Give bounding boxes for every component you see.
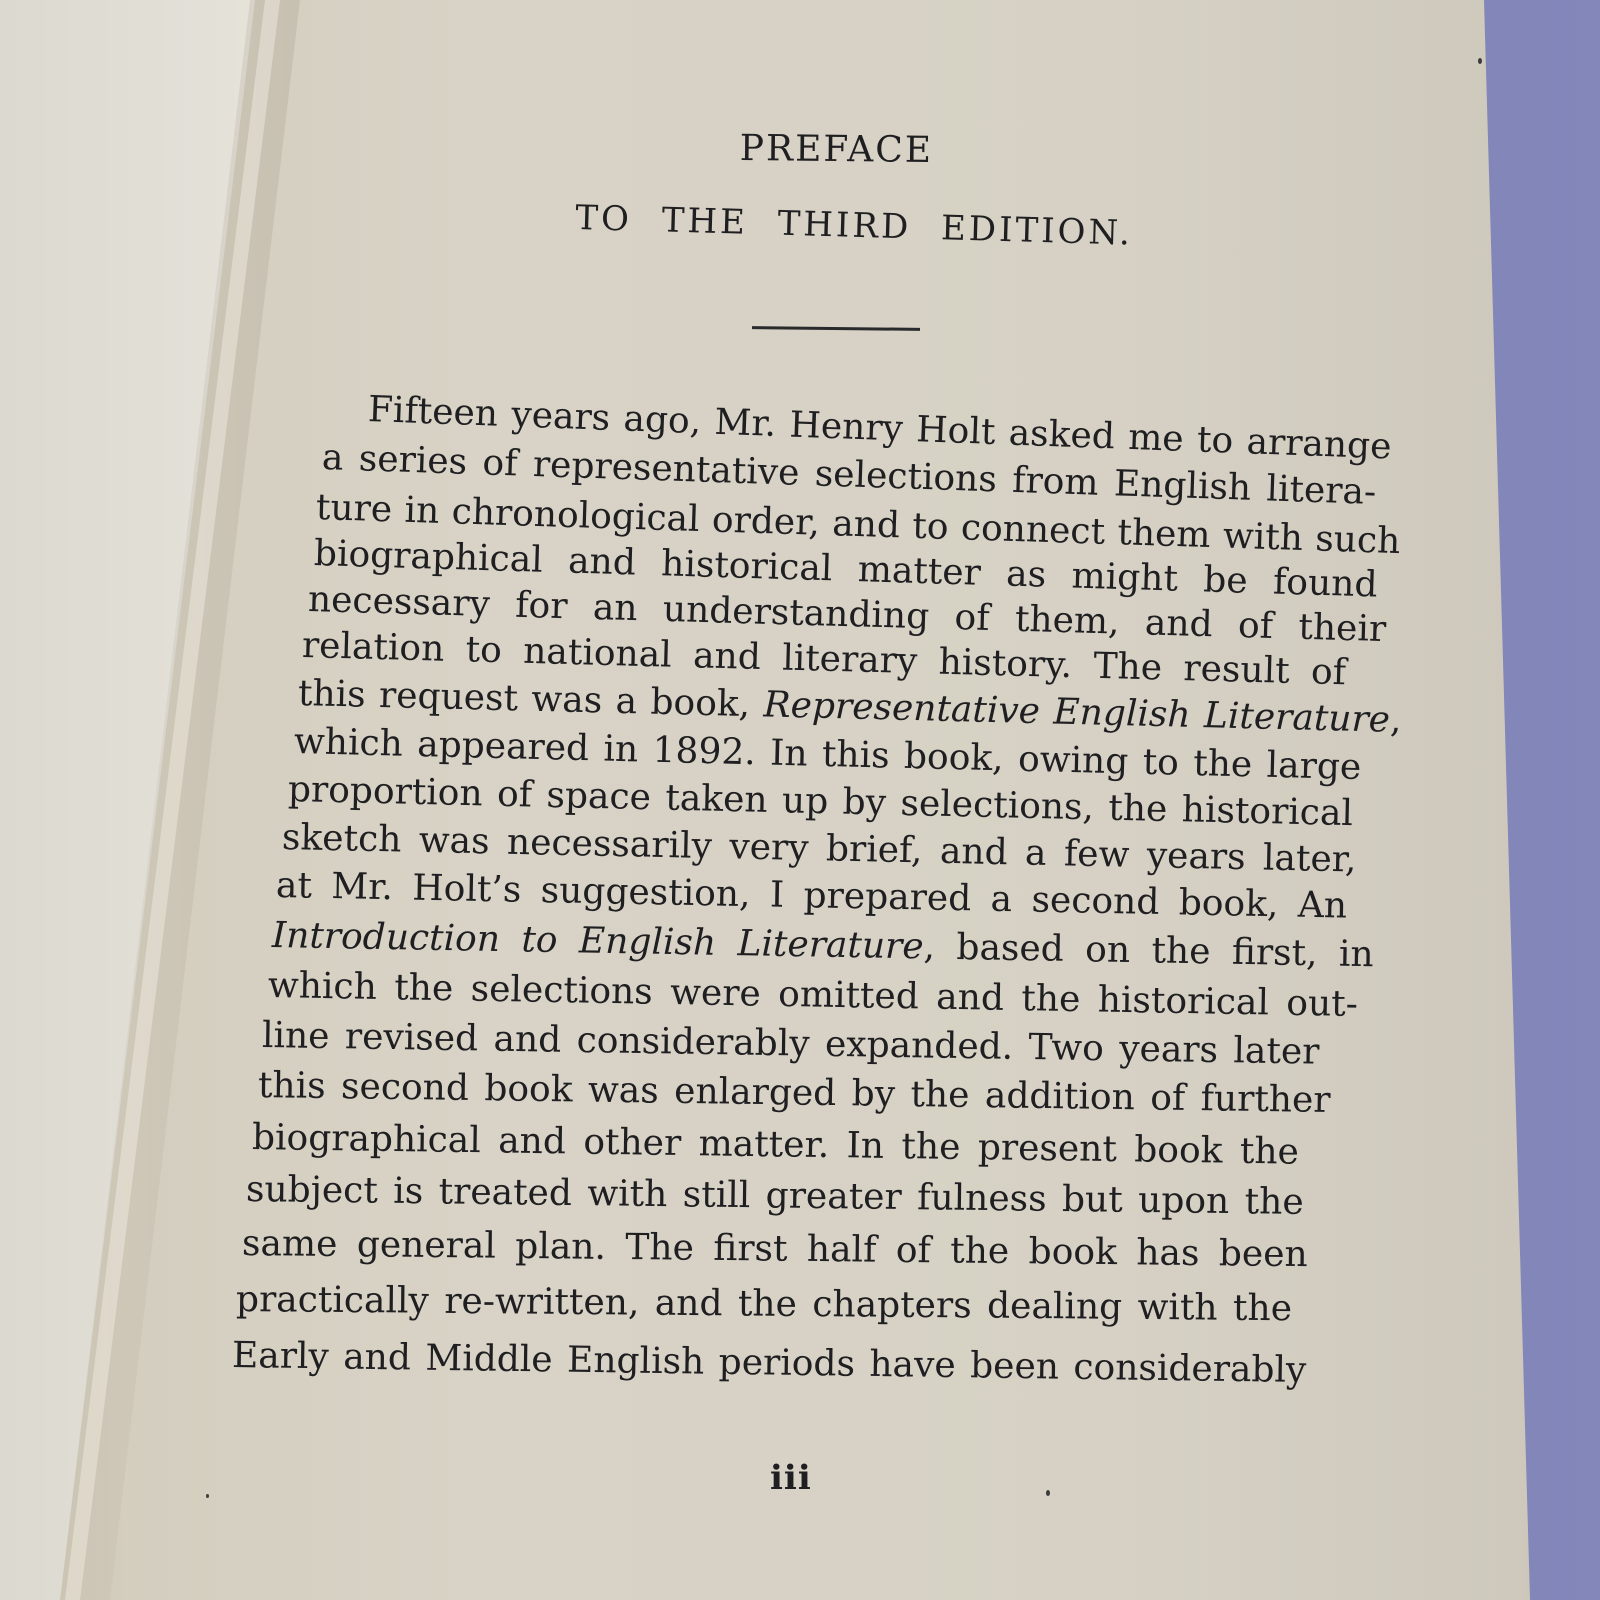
title-rule-divider xyxy=(752,326,920,331)
text-line: which the selections were omitted and th… xyxy=(268,968,1358,1023)
page-subtitle: TO THE THIRD EDITION. xyxy=(575,198,1134,254)
text-line: line revised and considerably expanded. … xyxy=(262,1018,1320,1071)
text-fragment: this request was a book, xyxy=(298,673,765,725)
dust-speck xyxy=(206,1494,209,1498)
dust-speck xyxy=(1478,58,1482,64)
text-line: Early and Middle English periods have be… xyxy=(232,1338,1307,1389)
dust-speck xyxy=(1046,1490,1050,1496)
text-line: subject is treated with still greater fu… xyxy=(246,1172,1304,1221)
page-title: PREFACE xyxy=(740,128,934,171)
text-fragment: , based on the first, in xyxy=(923,926,1374,975)
photo-scene: PREFACE TO THE THIRD EDITION. Fifteen ye… xyxy=(0,0,1600,1600)
text-line: Introduction to English Literature, base… xyxy=(272,918,1374,973)
page-number: iii xyxy=(770,1458,812,1498)
text-line: same general plan. The first half of the… xyxy=(242,1226,1308,1273)
text-line: practically re-written, and the chapters… xyxy=(236,1282,1292,1327)
page-text: PREFACE TO THE THIRD EDITION. Fifteen ye… xyxy=(0,0,1600,1600)
text-fragment: , xyxy=(1390,700,1402,741)
text-line: biographical and other matter. In the pr… xyxy=(252,1120,1299,1171)
text-line: this second book was enlarged by the add… xyxy=(258,1068,1331,1119)
book-title-introduction-to-english-literature: Introduction to English Literature xyxy=(272,915,924,967)
book-title-representative-english-literature: Representative English Literature xyxy=(763,684,1390,740)
